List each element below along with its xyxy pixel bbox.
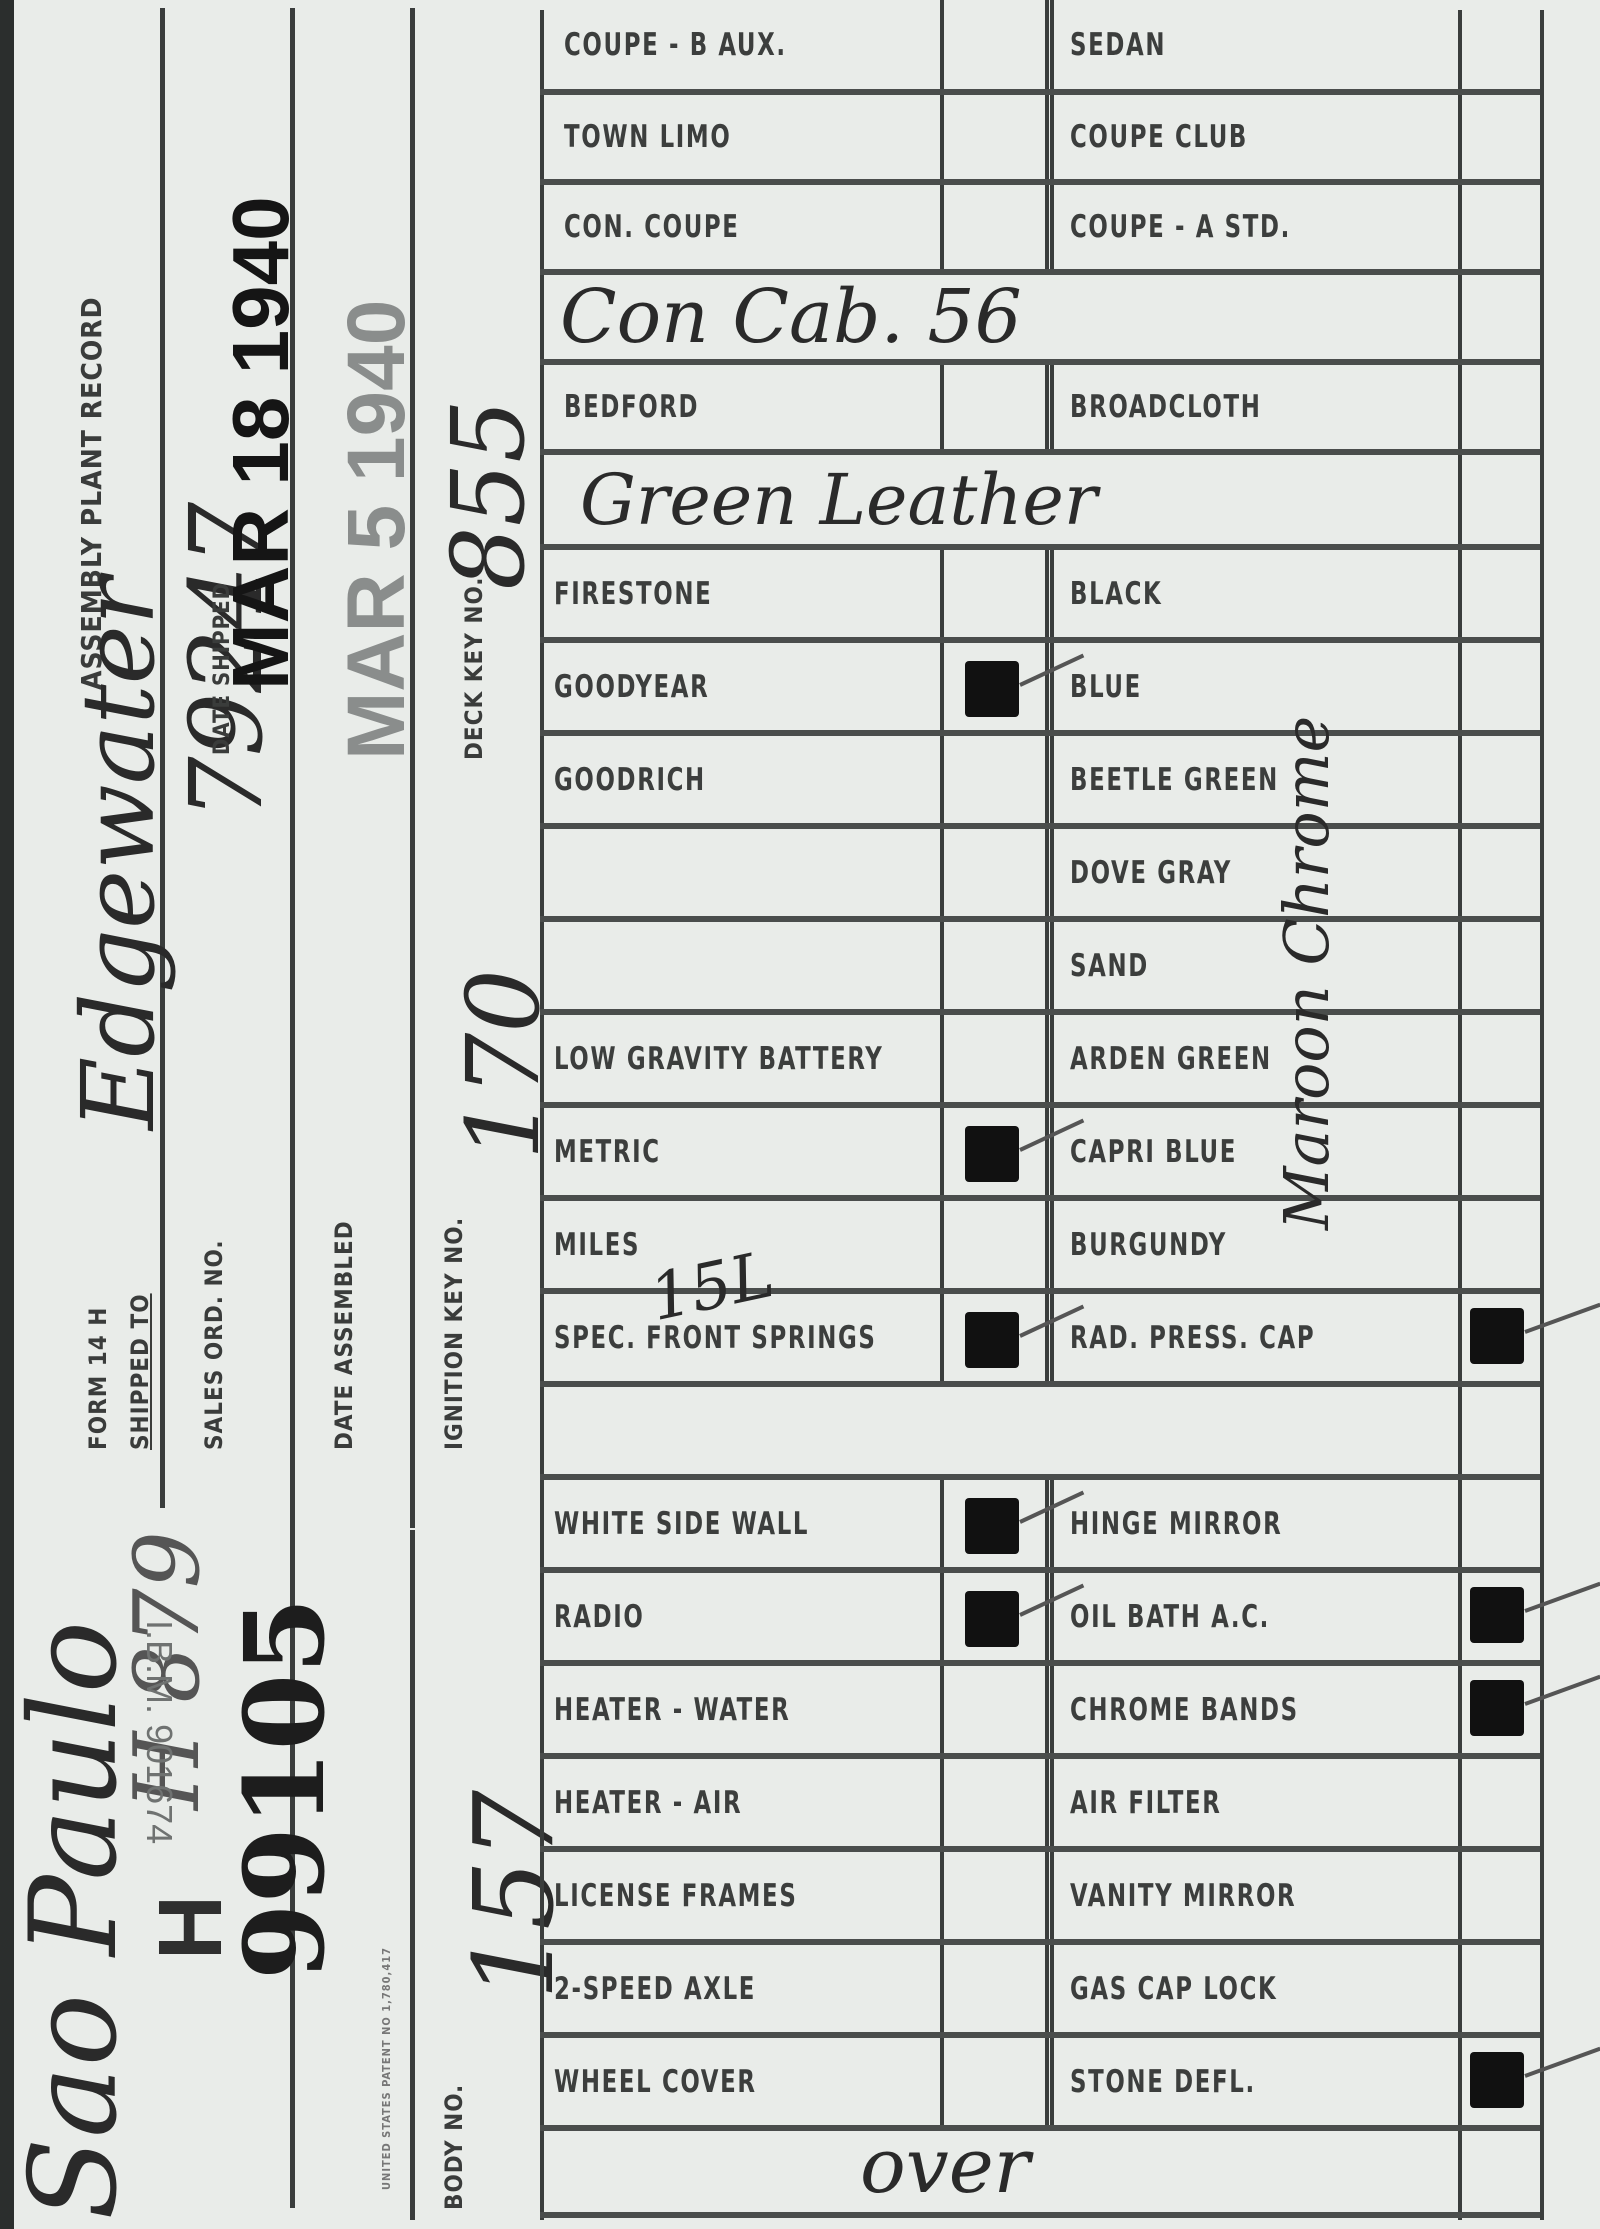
option-label: HEATER - AIR [554, 1785, 742, 1821]
option-label: AIR FILTER [1070, 1785, 1222, 1821]
form-number: FORM 14 H [84, 1307, 112, 1450]
option-label: COUPE - A STD. [1070, 209, 1291, 245]
left-checkbox-marked[interactable] [965, 1591, 1019, 1647]
option-label: OIL BATH A.C. [1070, 1599, 1270, 1635]
option-label: BURGUNDY [1070, 1227, 1227, 1263]
check-tick [1524, 1582, 1600, 1613]
option-row: GOODYEARBLUE [540, 643, 1540, 736]
right-checkbox-marked[interactable] [1470, 1308, 1524, 1364]
option-row: FIRESTONEBLACK [540, 550, 1540, 643]
option-label: GOODRICH [554, 762, 706, 798]
option-label: 2-SPEED AXLE [554, 1971, 756, 2007]
option-label: WHEEL COVER [554, 2064, 757, 2100]
option-label: STONE DEFL. [1070, 2064, 1256, 2100]
ignition-key-label: IGNITION KEY NO. [440, 1217, 468, 1450]
handwritten-upholstery-row: Green Leather [540, 455, 1540, 550]
check-tick [1524, 2047, 1600, 2078]
option-label: CON. COUPE [564, 209, 740, 245]
option-label: BEETLE GREEN [1070, 762, 1279, 798]
body-no-label: BODY NO. [440, 2084, 468, 2210]
option-label: SEDAN [1070, 27, 1166, 63]
option-label: FIRESTONE [554, 576, 712, 612]
option-row: 2-SPEED AXLEGAS CAP LOCK [540, 1945, 1540, 2038]
body-number: 99105 [220, 1597, 349, 1980]
option-label: BLACK [1070, 576, 1162, 612]
option-label: COUPE - B AUX. [564, 27, 787, 63]
check-tick [1524, 1675, 1600, 1706]
divider [410, 8, 415, 1528]
date-shipped-value: MAR 18 1940 [215, 196, 307, 690]
option-label: WHITE SIDE WALL [554, 1506, 809, 1542]
option-row: GOODRICHBEETLE GREEN [540, 736, 1540, 829]
date-assembled-value: MAR 5 1940 [330, 300, 424, 760]
shipped-to-value: Edgewater [60, 577, 177, 1130]
option-label: DOVE GRAY [1070, 855, 1232, 891]
shipped-to-label: SHIPPED TO [126, 1293, 154, 1450]
handwritten-model: Con Cab. 56 [560, 274, 1022, 360]
left-checkbox-marked[interactable] [965, 661, 1019, 717]
option-label: SPEC. FRONT SPRINGS [554, 1320, 877, 1356]
date-assembled-label: DATE ASSEMBLED [330, 1220, 358, 1450]
grid-border [1540, 10, 1544, 2220]
option-label: ARDEN GREEN [1070, 1041, 1272, 1077]
deck-key-label: DECK KEY NO. [460, 576, 488, 760]
deck-key-value: 855 [430, 399, 547, 590]
footer-row: over [540, 2118, 1540, 2218]
option-row [540, 1387, 1540, 1480]
left-checkbox-marked[interactable] [965, 1312, 1019, 1368]
grid-row: COUPE - B AUX. SEDAN [540, 0, 1540, 95]
grid-row: BEDFORD BROADCLOTH [540, 365, 1540, 455]
option-row: LOW GRAVITY BATTERYARDEN GREEN [540, 1015, 1540, 1108]
option-row: HEATER - WATERCHROME BANDS [540, 1666, 1540, 1759]
option-label: VANITY MIRROR [1070, 1878, 1296, 1914]
divider [410, 1530, 415, 2220]
option-row: METRICCAPRI BLUE [540, 1108, 1540, 1201]
option-label: LICENSE FRAMES [554, 1878, 797, 1914]
option-label: RAD. PRESS. CAP [1070, 1320, 1315, 1356]
option-label: CAPRI BLUE [1070, 1134, 1237, 1170]
option-label: LOW GRAVITY BATTERY [554, 1041, 883, 1077]
options-grid: COUPE - B AUX. SEDAN TOWN LIMO COUPE CLU… [540, 0, 1540, 2229]
option-row: WHITE SIDE WALLHINGE MIRROR [540, 1480, 1540, 1573]
check-tick [1524, 1303, 1600, 1334]
right-checkbox-marked[interactable] [1470, 2052, 1524, 2108]
option-row: HEATER - AIRAIR FILTER [540, 1759, 1540, 1852]
patent-text: UNITED STATES PATENT NO 1,780,417 [380, 1947, 393, 2190]
option-label: BEDFORD [564, 389, 699, 425]
paint-note: Maroon Chrome [1270, 716, 1343, 1230]
handwritten-model-row: Con Cab. 56 [540, 275, 1540, 365]
option-label: HINGE MIRROR [1070, 1506, 1282, 1542]
right-checkbox-marked[interactable] [1470, 1680, 1524, 1736]
sales-ord-label: SALES ORD. NO. [200, 1239, 228, 1450]
option-row: DOVE GRAY [540, 829, 1540, 922]
option-label: BLUE [1070, 669, 1142, 705]
option-label: RADIO [554, 1599, 644, 1635]
option-label: COUPE CLUB [1070, 119, 1248, 155]
option-row: LICENSE FRAMESVANITY MIRROR [540, 1852, 1540, 1945]
footer-note: over [860, 2121, 1030, 2210]
grid-row: TOWN LIMO COUPE CLUB [540, 95, 1540, 185]
option-label: HEATER - WATER [554, 1692, 790, 1728]
grid-row: CON. COUPE COUPE - A STD. [540, 185, 1540, 275]
left-checkbox-marked[interactable] [965, 1126, 1019, 1182]
option-label: METRIC [554, 1134, 661, 1170]
option-row: SAND [540, 922, 1540, 1015]
assembly-plant-record-card: ASSEMBLY PLANT RECORD Edgewater FORM 14 … [0, 0, 1600, 2229]
option-label: TOWN LIMO [564, 119, 731, 155]
option-row: RADIOOIL BATH A.C. [540, 1573, 1540, 1666]
left-checkbox-marked[interactable] [965, 1498, 1019, 1554]
option-label: SAND [1070, 948, 1149, 984]
option-label: MILES [554, 1227, 640, 1263]
right-checkbox-marked[interactable] [1470, 1587, 1524, 1643]
option-label: GAS CAP LOCK [1070, 1971, 1277, 2007]
option-label: CHROME BANDS [1070, 1692, 1299, 1728]
option-label: GOODYEAR [554, 669, 709, 705]
handwritten-upholstery: Green Leather [580, 459, 1097, 541]
option-label: BROADCLOTH [1070, 389, 1262, 425]
ibm-number: I.B.M. 901674 [138, 1620, 180, 1844]
